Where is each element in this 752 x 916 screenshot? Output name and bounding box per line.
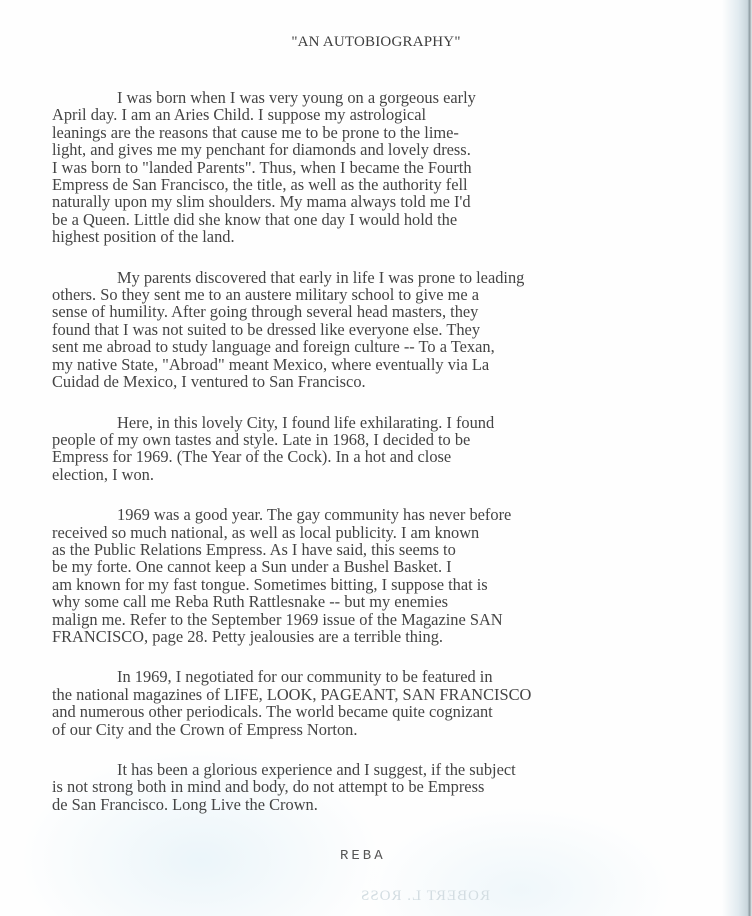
text-line: received so much national, as well as lo… [52,524,722,541]
paragraph: It has been a glorious experience and I … [52,761,722,813]
text-line: I was born to "landed Parents". Thus, wh… [52,159,722,176]
paragraph: In 1969, I negotiated for our community … [52,668,722,738]
text-line: In 1969, I negotiated for our community … [52,668,722,685]
text-line: be my forte. One cannot keep a Sun under… [52,558,722,575]
text-line: It has been a glorious experience and I … [52,761,722,778]
text-line: is not strong both in mind and body, do … [52,778,722,795]
text-line: sent me abroad to study language and for… [52,338,722,355]
text-line: Empress de San Francisco, the title, as … [52,176,722,193]
text-line: leanings are the reasons that cause me t… [52,124,722,141]
text-line: as the Public Relations Empress. As I ha… [52,541,722,558]
bleed-through-text: ROBERT L. ROSS [360,888,490,905]
text-line: sense of humility. After going through s… [52,303,722,320]
text-line: Here, in this lovely City, I found life … [52,414,722,431]
text-line: highest position of the land. [52,228,722,245]
text-line: am known for my fast tongue. Sometimes b… [52,576,722,593]
text-line: my native State, "Abroad" meant Mexico, … [52,356,722,373]
text-line: April day. I am an Aries Child. I suppos… [52,106,722,123]
text-line: My parents discovered that early in life… [52,269,722,286]
text-line: I was born when I was very young on a go… [52,89,722,106]
text-line: Empress for 1969. (The Year of the Cock)… [52,448,722,465]
page-edge-shadow [722,0,752,916]
text-line: and numerous other periodicals. The worl… [52,703,722,720]
text-line: naturally upon my slim shoulders. My mam… [52,193,722,210]
text-line: FRANCISCO, page 28. Petty jealousies are… [52,628,722,645]
text-line: found that I was not suited to be dresse… [52,321,722,338]
text-line: light, and gives me my penchant for diam… [52,141,722,158]
paragraph: My parents discovered that early in life… [52,269,722,391]
text-line: Cuidad de Mexico, I ventured to San Fran… [52,373,722,390]
text-line: why some call me Reba Ruth Rattlesnake -… [52,593,722,610]
paragraph: I was born when I was very young on a go… [52,89,722,246]
paragraph: Here, in this lovely City, I found life … [52,414,722,484]
text-line: de San Francisco. Long Live the Crown. [52,796,722,813]
text-line: election, I won. [52,466,722,483]
text-line: malign me. Refer to the September 1969 i… [52,611,722,628]
paragraph: 1969 was a good year. The gay community … [52,506,722,645]
text-line: people of my own tastes and style. Late … [52,431,722,448]
document-body: I was born when I was very young on a go… [52,89,722,836]
text-line: 1969 was a good year. The gay community … [52,506,722,523]
text-line: the national magazines of LIFE, LOOK, PA… [52,686,722,703]
text-line: be a Queen. Little did she know that one… [52,211,722,228]
signature: REBA [340,848,386,864]
scanned-page: "AN AUTOBIOGRAPHY" I was born when I was… [0,0,752,916]
document-title: "AN AUTOBIOGRAPHY" [0,34,752,51]
text-line: of our City and the Crown of Empress Nor… [52,721,722,738]
text-line: others. So they sent me to an austere mi… [52,286,722,303]
